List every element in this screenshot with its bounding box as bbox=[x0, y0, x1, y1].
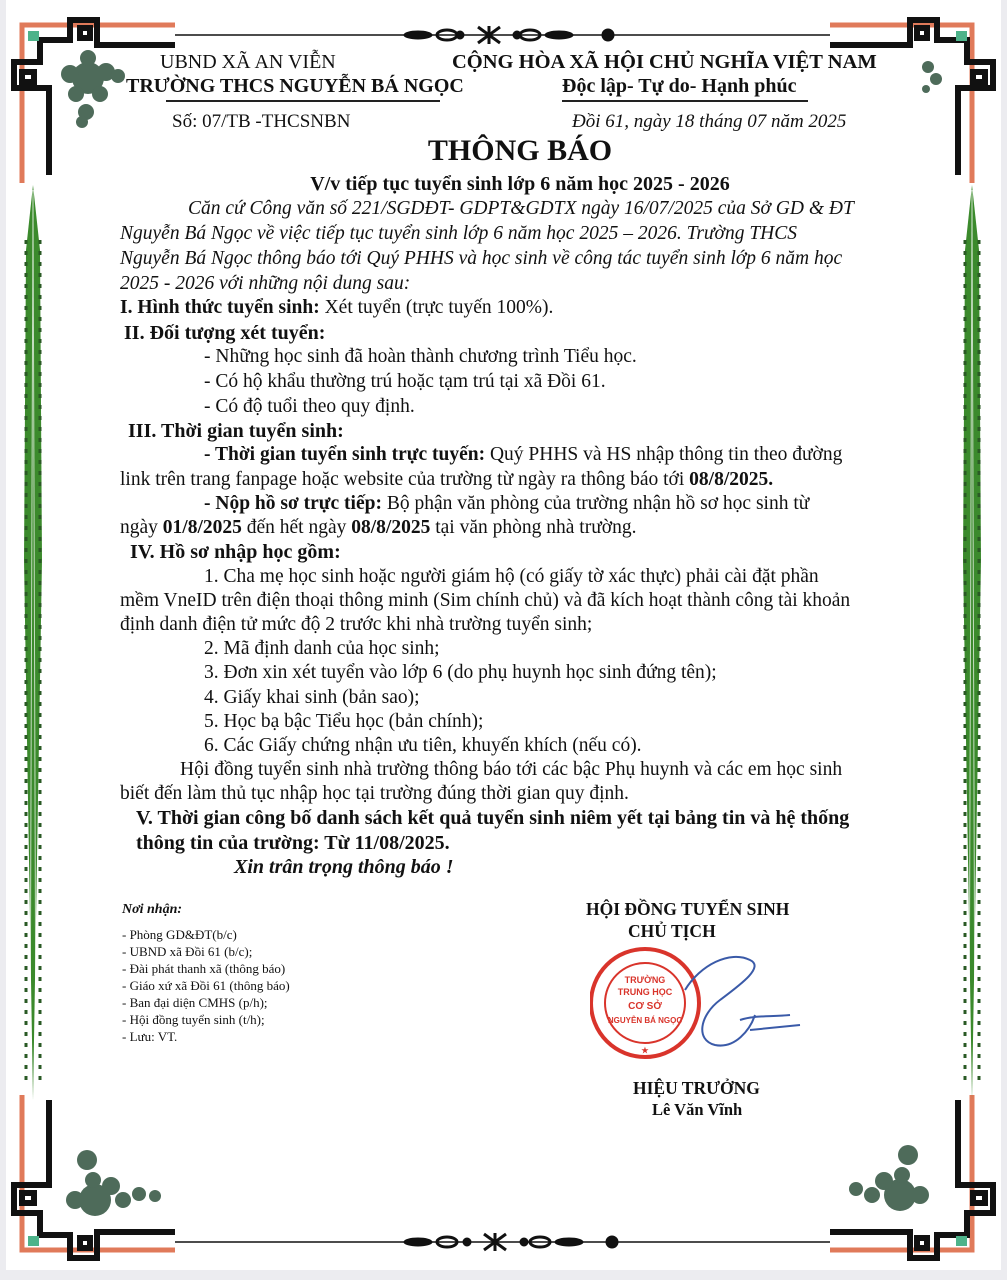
intro-line: Nguyễn Bá Ngọc thông báo tới Quý PHHS và… bbox=[120, 249, 842, 269]
official-stamp-icon: TRƯỜNG TRUNG HỌC CƠ SỞ NGUYỄN BÁ NGỌC ★ bbox=[590, 945, 820, 1070]
document-subtitle: V/v tiếp tục tuyển sinh lớp 6 năm học 20… bbox=[0, 174, 1007, 194]
online-enrollment-text2: link trên trang fanpage hoặc website của… bbox=[120, 469, 689, 490]
eligibility-item: - Những học sinh đã hoàn thành chương tr… bbox=[204, 347, 637, 367]
section-5-heading-cont: thông tin của trường: Từ 11/08/2025. bbox=[136, 833, 450, 853]
svg-text:NGUYỄN BÁ NGỌC: NGUYỄN BÁ NGỌC bbox=[608, 1016, 682, 1025]
closing-paragraph: Hội đồng tuyển sinh nhà trường thông báo… bbox=[180, 760, 842, 780]
intro-line: 2025 - 2026 với những nội dung sau: bbox=[120, 274, 410, 294]
direct-submission-label: - Nộp hồ sơ trực tiếp: bbox=[204, 493, 382, 514]
recipient-item: - Hội đồng tuyển sinh (t/h); bbox=[122, 1013, 265, 1026]
document-item: 5. Học bạ bậc Tiểu học (bản chính); bbox=[204, 712, 483, 732]
document-item-cont: định danh điện tử mức độ 2 trước khi nhà… bbox=[120, 615, 592, 635]
recipient-item: - Giáo xứ xã Đồi 61 (thông báo) bbox=[122, 979, 290, 992]
direct-submission-text: Bộ phận văn phòng của trường nhận hồ sơ … bbox=[382, 493, 809, 514]
signature-stroke-icon bbox=[685, 957, 800, 1046]
recipient-item: - Lưu: VT. bbox=[122, 1030, 177, 1043]
direct-mid: đến hết ngày bbox=[242, 517, 351, 538]
eligibility-item: - Có hộ khẩu thường trú hoặc tạm trú tại… bbox=[204, 372, 606, 392]
chairman-title: CHỦ TỊCH bbox=[628, 923, 716, 941]
direct-submission-cont: ngày 01/8/2025 đến hết ngày 08/8/2025 tạ… bbox=[120, 518, 636, 538]
online-enrollment: - Thời gian tuyển sinh trực tuyến: Quý P… bbox=[204, 445, 842, 465]
header-underline-left bbox=[166, 100, 440, 102]
sign-off: Xin trân trọng thông báo ! bbox=[234, 857, 454, 877]
section-1: I. Hình thức tuyển sinh: Xét tuyển (trực… bbox=[120, 298, 553, 318]
online-enrollment-cont: link trên trang fanpage hoặc website của… bbox=[120, 470, 773, 490]
recipient-item: - Đài phát thanh xã (thông báo) bbox=[122, 962, 285, 975]
issuing-authority: UBND XÃ AN VIỄN bbox=[160, 52, 336, 72]
section-3-heading: III. Thời gian tuyển sinh: bbox=[128, 421, 344, 441]
section-2-heading: II. Đối tượng xét tuyển: bbox=[124, 323, 325, 343]
svg-text:★: ★ bbox=[641, 1046, 649, 1055]
document-title: THÔNG BÁO bbox=[0, 136, 1007, 166]
online-enrollment-text: Quý PHHS và HS nhập thông tin theo đường bbox=[485, 444, 842, 465]
recipient-item: - UBND xã Đồi 61 (b/c); bbox=[122, 945, 252, 958]
svg-text:CƠ SỞ: CƠ SỞ bbox=[628, 999, 662, 1012]
national-motto: Độc lập- Tự do- Hạnh phúc bbox=[562, 76, 796, 96]
document-item: 1. Cha mẹ học sinh hoặc người giám hộ (c… bbox=[204, 567, 819, 587]
intro-line: Nguyễn Bá Ngọc về việc tiếp tục tuyển si… bbox=[120, 224, 797, 244]
closing-paragraph: biết đến làm thủ tục nhập học tại trường… bbox=[120, 784, 629, 804]
section-4-heading: IV. Hồ sơ nhập học gồm: bbox=[130, 542, 341, 562]
direct-submission: - Nộp hồ sơ trực tiếp: Bộ phận văn phòng… bbox=[204, 494, 809, 514]
date-line: Đồi 61, ngày 18 tháng 07 năm 2025 bbox=[572, 112, 846, 131]
direct-prefix: ngày bbox=[120, 517, 163, 538]
recipients-label: Nơi nhận: bbox=[122, 903, 182, 917]
recipient-item: - Ban đại diện CMHS (p/h); bbox=[122, 996, 268, 1009]
eligibility-item: - Có độ tuổi theo quy định. bbox=[204, 397, 415, 417]
principal-name: Lê Văn Vĩnh bbox=[652, 1102, 742, 1119]
stamp-text: TRƯỜNG bbox=[625, 974, 666, 985]
document-item: 3. Đơn xin xét tuyển vào lớp 6 (do phụ h… bbox=[204, 663, 717, 683]
section-1-heading: I. Hình thức tuyển sinh: bbox=[120, 297, 320, 318]
section-1-text: Xét tuyển (trực tuyến 100%). bbox=[320, 297, 554, 318]
header-underline-right bbox=[562, 100, 808, 102]
svg-text:TRUNG HỌC: TRUNG HỌC bbox=[618, 987, 673, 997]
document-number: Số: 07/TB -THCSNBN bbox=[172, 112, 350, 131]
national-title: CỘNG HÒA XÃ HỘI CHỦ NGHĨA VIỆT NAM bbox=[452, 52, 877, 73]
principal-title: HIỆU TRƯỞNG bbox=[633, 1080, 760, 1098]
council-title: HỘI ĐỒNG TUYỂN SINH bbox=[586, 901, 789, 919]
online-enrollment-label: - Thời gian tuyển sinh trực tuyến: bbox=[204, 444, 485, 465]
document-item: 4. Giấy khai sinh (bản sao); bbox=[204, 688, 420, 708]
document-item: 6. Các Giấy chứng nhận ưu tiên, khuyến k… bbox=[204, 736, 642, 756]
document-item-cont: mềm VneID trên điện thoại thông minh (Si… bbox=[120, 591, 850, 611]
intro-line: Căn cứ Công văn số 221/SGDĐT- GDPT&GDTX … bbox=[188, 199, 854, 219]
document-item: 2. Mã định danh của học sinh; bbox=[204, 639, 440, 659]
direct-suffix: tại văn phòng nhà trường. bbox=[430, 517, 636, 538]
school-name: TRƯỜNG THCS NGUYỄN BÁ NGỌC bbox=[126, 76, 464, 96]
direct-end-date: 08/8/2025 bbox=[351, 517, 430, 538]
online-deadline: 08/8/2025. bbox=[689, 469, 773, 490]
direct-start-date: 01/8/2025 bbox=[163, 517, 242, 538]
section-5-heading: V. Thời gian công bố danh sách kết quả t… bbox=[136, 808, 849, 828]
recipient-item: - Phòng GD&ĐT(b/c) bbox=[122, 928, 237, 941]
